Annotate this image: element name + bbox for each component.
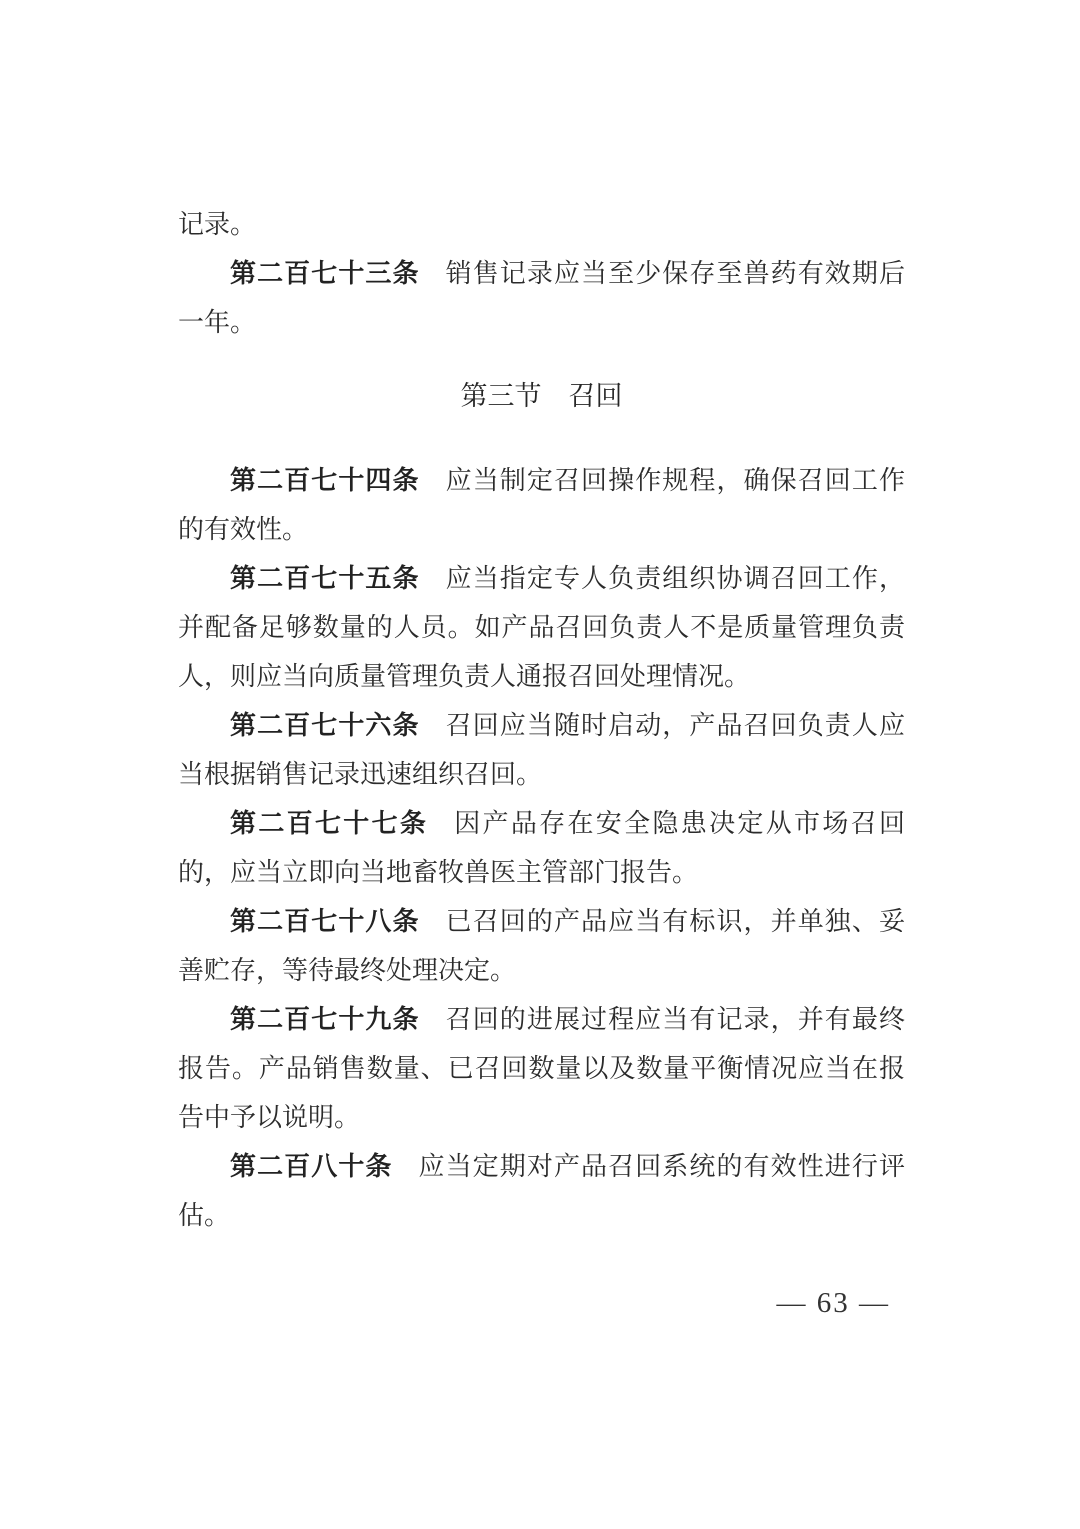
paragraph-continuation: 记录。 [178,200,905,249]
document-page: 记录。 第二百七十三条销售记录应当至少保存至兽药有效期后一年。 第三节召回 第二… [0,0,1080,1529]
section-title: 召回 [569,381,623,411]
article-number: 第二百七十三条 [230,258,420,288]
article-280: 第二百八十条应当定期对产品召回系统的有效性进行评估。 [178,1142,905,1240]
article-277: 第二百七十七条因产品存在安全隐患决定从市场召回的，应当立即向当地畜牧兽医主管部门… [178,799,905,897]
article-number: 第二百七十六条 [230,710,420,740]
section-heading: 第三节召回 [178,372,905,421]
article-number: 第二百七十四条 [230,465,420,495]
article-276: 第二百七十六条召回应当随时启动，产品召回负责人应当根据销售记录迅速组织召回。 [178,701,905,799]
article-275: 第二百七十五条应当指定专人负责组织协调召回工作，并配备足够数量的人员。如产品召回… [178,554,905,701]
article-273: 第二百七十三条销售记录应当至少保存至兽药有效期后一年。 [178,249,905,347]
article-number: 第二百七十五条 [230,563,420,593]
article-number: 第二百七十八条 [230,906,420,936]
article-274: 第二百七十四条应当制定召回操作规程，确保召回工作的有效性。 [178,456,905,554]
document-body: 记录。 第二百七十三条销售记录应当至少保存至兽药有效期后一年。 第三节召回 第二… [178,200,905,1240]
article-number: 第二百七十九条 [230,1004,420,1034]
article-278: 第二百七十八条已召回的产品应当有标识，并单独、妥善贮存，等待最终处理决定。 [178,897,905,995]
page-number: — 63 — [777,1283,891,1323]
section-label: 第三节 [461,381,542,411]
article-number: 第二百七十七条 [230,808,428,838]
article-279: 第二百七十九条召回的进展过程应当有记录，并有最终报告。产品销售数量、已召回数量以… [178,995,905,1142]
paragraph-text: 记录。 [178,210,256,239]
article-number: 第二百八十条 [230,1151,393,1181]
